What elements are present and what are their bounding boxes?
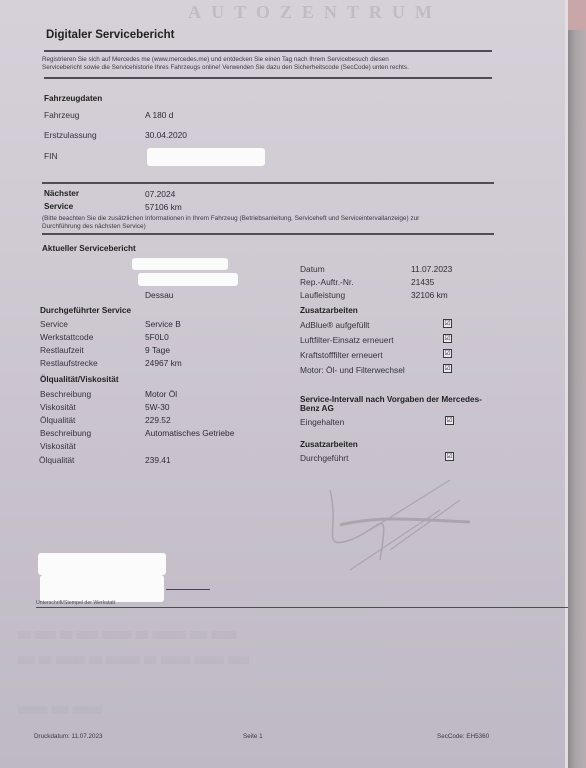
redacted-dealer-name <box>132 258 228 270</box>
value-oil-qualitaet-2: 239.41 <box>145 455 171 465</box>
interval-item-eingehalten: Eingehalten <box>300 417 344 427</box>
label-rep-auftr-nr: Rep.-Auftr.-Nr. <box>300 277 354 287</box>
checkbox-durchgefuehrt: ☑ <box>445 452 454 461</box>
checkbox-kraftstofffilter: ☑ <box>443 349 452 358</box>
bleed-through-text: ▒▒▒▒ ▒▒▒ ▒▒▒▒▒▒▒ ▒▒▒ ▒▒▒▒▒▒▒▒ ▒▒▒ ▒▒▒▒▒▒… <box>18 657 249 665</box>
handwritten-signature <box>310 470 510 590</box>
dealer-city: Dessau <box>145 290 173 300</box>
section-heading-performed-service: Durchgeführter Service <box>40 306 131 315</box>
value-datum: 11.07.2023 <box>411 264 452 274</box>
divider <box>42 182 494 184</box>
value-service: Service B <box>145 319 181 329</box>
signature-line <box>166 589 210 590</box>
checkbox-adblue: ☑ <box>443 319 452 328</box>
label-oil-beschreibung-1: Beschreibung <box>40 389 91 399</box>
section-heading-current-report: Aktueller Servicebericht <box>42 244 136 253</box>
label-fahrzeug: Fahrzeug <box>44 110 79 120</box>
label-restlaufstrecke: Restlaufstrecke <box>40 358 98 368</box>
label-datum: Datum <box>300 264 325 274</box>
signature-caption: Unterschrift/Stempel der Werkstatt <box>36 600 115 606</box>
extra-work-item-oelwechsel: Motor: Öl- und Filterwechsel <box>300 365 405 375</box>
label-oil-viskositaet-2: Viskosität <box>40 441 76 451</box>
checkbox-luftfilter: ☑ <box>443 334 452 343</box>
next-service-label-1: Nächster <box>44 189 79 198</box>
divider <box>44 77 492 79</box>
checkbox-oelwechsel: ☑ <box>443 364 452 373</box>
label-oil-viskositaet-1: Viskosität <box>40 402 76 412</box>
value-laufleistung: 32106 km <box>411 290 448 300</box>
intro-text: Registrieren Sie sich auf Mercedes me (w… <box>42 56 409 72</box>
sec-code: SecCode: EH5360 <box>437 733 489 740</box>
value-fahrzeug: A 180 d <box>145 110 173 120</box>
label-erstzulassung: Erstzulassung <box>44 130 97 140</box>
next-service-mileage: 57106 km <box>145 202 182 212</box>
label-service: Service <box>40 319 68 329</box>
interval-heading-line2: Benz AG <box>300 404 334 413</box>
label-fin: FIN <box>44 151 58 161</box>
value-oil-beschreibung-2: Automatisches Getriebe <box>145 428 234 438</box>
value-erstzulassung: 30.04.2020 <box>145 130 187 140</box>
checkbox-eingehalten: ☑ <box>445 416 454 425</box>
print-date: Druckdatum: 11.07.2023 <box>34 733 103 740</box>
redacted-signature-top <box>38 553 166 575</box>
value-werkstattcode: 5F0L0 <box>145 332 169 342</box>
note-line: (Bitte beachten Sie die zusätzlichen Inf… <box>42 215 419 223</box>
page-title: Digitaler Servicebericht <box>46 29 174 41</box>
dealer-watermark: AUTOZENTRUM <box>150 2 480 22</box>
next-service-date: 07.2024 <box>145 189 175 199</box>
label-oil-qualitaet-1: Ölqualität <box>40 415 75 425</box>
next-service-note: (Bitte beachten Sie die zusätzlichen Inf… <box>42 215 419 230</box>
bleed-through-text: ▒▒▒▒▒▒▒ ▒▒▒▒ ▒▒▒▒▒▒▒ <box>18 707 102 715</box>
intro-line: Servicebericht sowie die Servicehistorie… <box>42 64 409 72</box>
section-heading-vehicle: Fahrzeugdaten <box>44 94 102 103</box>
redacted-fin <box>147 148 265 166</box>
section-heading-oil: Ölqualität/Viskosität <box>40 375 119 384</box>
value-restlaufstrecke: 24967 km <box>145 358 182 368</box>
value-oil-viskositaet-1: 5W-30 <box>145 402 170 412</box>
background-object <box>568 0 586 30</box>
extra-work-item-adblue: AdBlue® aufgefüllt <box>300 320 370 330</box>
service-report-page: AUTOZENTRUM Digitaler Servicebericht Reg… <box>0 0 568 768</box>
value-rep-auftr-nr: 21435 <box>411 277 434 287</box>
label-oil-qualitaet-2: Ölqualität <box>39 455 74 465</box>
bleed-through-text: ▒▒▒ ▒▒▒▒▒ ▒▒▒ ▒▒▒▒▒ ▒▒▒▒▒▒▒ ▒▒▒ ▒▒▒▒▒▒▒▒… <box>18 632 236 640</box>
interval-heading-line1: Service-Intervall nach Vorgaben der Merc… <box>300 395 482 404</box>
label-werkstattcode: Werkstattcode <box>40 332 93 342</box>
label-restlaufzeit: Restlaufzeit <box>40 345 84 355</box>
divider <box>42 233 494 235</box>
divider <box>36 607 568 608</box>
divider <box>44 50 492 52</box>
value-oil-beschreibung-1: Motor Öl <box>145 389 177 399</box>
value-oil-qualitaet-1: 229.52 <box>145 415 171 425</box>
redacted-signature-bottom <box>40 575 164 602</box>
extra-work-2-item-durchgefuehrt: Durchgeführt <box>300 453 348 463</box>
intro-line: Registrieren Sie sich auf Mercedes me (w… <box>42 56 409 64</box>
note-line: Durchführung des nächsten Service) <box>42 223 419 231</box>
redacted-dealer-address <box>138 273 238 286</box>
page-number: Seite 1 <box>243 733 263 740</box>
label-laufleistung: Laufleistung <box>300 290 345 300</box>
value-restlaufzeit: 9 Tage <box>145 345 170 355</box>
extra-work-item-luftfilter: Luftfilter-Einsatz erneuert <box>300 335 394 345</box>
extra-work-item-kraftstofffilter: Kraftstofffilter erneuert <box>300 350 383 360</box>
label-oil-beschreibung-2: Beschreibung <box>40 428 91 438</box>
section-heading-extra-work-2: Zusatzarbeiten <box>300 440 358 449</box>
background-surface <box>568 0 586 768</box>
section-heading-extra-work: Zusatzarbeiten <box>300 306 358 315</box>
next-service-label-2: Service <box>44 202 73 211</box>
